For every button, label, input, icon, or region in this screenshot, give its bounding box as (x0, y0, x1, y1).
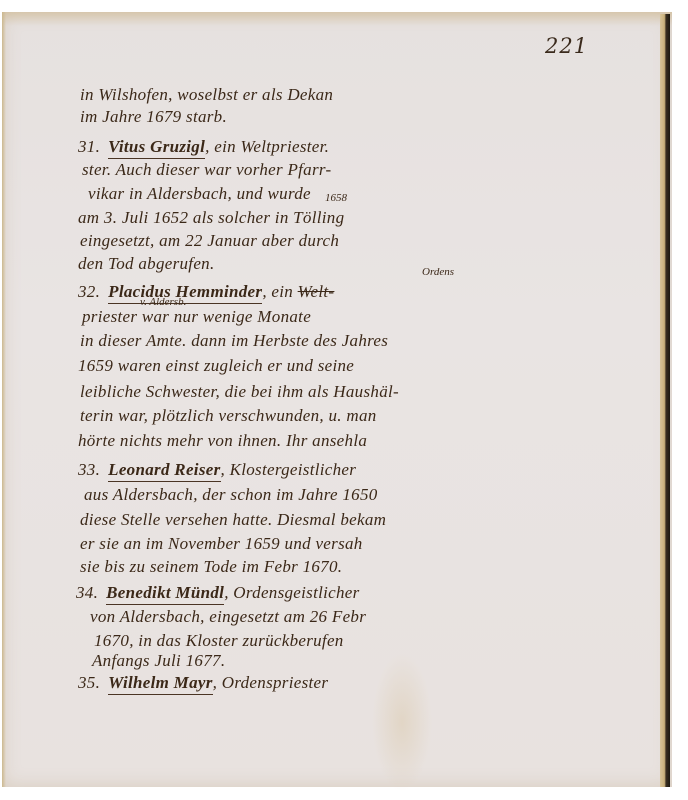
interlinear-annotation: 1658 (325, 192, 347, 204)
struck-word: Welt- (298, 282, 335, 301)
text-line: von Aldersbach, eingesetzt am 26 Febr (90, 608, 366, 625)
entry-name: Vitus Gruzigl (108, 137, 205, 159)
interlinear-annotation: v. Aldersb. (140, 296, 186, 308)
text-line: den Tod abgerufen. (78, 255, 215, 272)
text-line: am 3. Juli 1652 als solcher in Tölling (78, 209, 344, 226)
text-line: leibliche Schwester, die bei ihm als Hau… (80, 383, 399, 400)
entry-name: Wilhelm Mayr (108, 673, 213, 695)
text-line: in Wilshofen, woselbst er als Dekan (80, 86, 333, 103)
text-line: 1670, in das Kloster zurückberufen (94, 632, 344, 649)
text-line: diese Stelle versehen hatte. Diesmal bek… (80, 511, 386, 528)
entry-34-heading: 34.Benedikt Mündl, Ordensgeistlicher (76, 584, 360, 601)
entry-31-heading: 31.Vitus Gruzigl, ein Weltpriester. (78, 138, 329, 155)
text-line: er sie an im November 1659 und versah (80, 535, 363, 552)
page-left-edge (2, 12, 6, 787)
folio-number: 221 (545, 34, 588, 58)
text-line: im Jahre 1679 starb. (80, 108, 227, 125)
text-line: vikar in Aldersbach, und wurde (88, 185, 311, 202)
entry-32-heading: 32.Placidus Hemminder, ein Welt- (78, 283, 334, 300)
text-line: 1659 waren einst zugleich er und seine (78, 357, 354, 374)
text-line: ster. Auch dieser war vorher Pfarr- (82, 161, 331, 178)
text-line: in dieser Amte. dann im Herbste des Jahr… (80, 332, 388, 349)
text-line: aus Aldersbach, der schon im Jahre 1650 (84, 486, 378, 503)
entry-name: Leonard Reiser (108, 460, 220, 482)
entry-number: 35. (78, 673, 100, 692)
text-line: priester war nur wenige Monate (82, 308, 311, 325)
entry-number: 32. (78, 282, 100, 301)
text-line: sie bis zu seinem Tode im Febr 1670. (80, 558, 342, 575)
text-line: Anfangs Juli 1677. (92, 652, 225, 669)
entry-name: Benedikt Mündl (106, 583, 224, 605)
entry-number: 31. (78, 137, 100, 156)
entry-33-heading: 33.Leonard Reiser, Klostergeistlicher (78, 461, 356, 478)
text-line: hörte nichts mehr von ihnen. Ihr ansehla (78, 432, 367, 449)
text-line: terin war, plötzlich verschwunden, u. ma… (80, 407, 377, 424)
text-line: eingesetzt, am 22 Januar aber durch (80, 232, 339, 249)
entry-number: 34. (76, 583, 98, 602)
entry-35-heading: 35.Wilhelm Mayr, Ordenspriester (78, 674, 328, 691)
page-right-edge-binding (660, 14, 670, 787)
entry-number: 33. (78, 460, 100, 479)
interlinear-annotation: Ordens (422, 266, 454, 278)
